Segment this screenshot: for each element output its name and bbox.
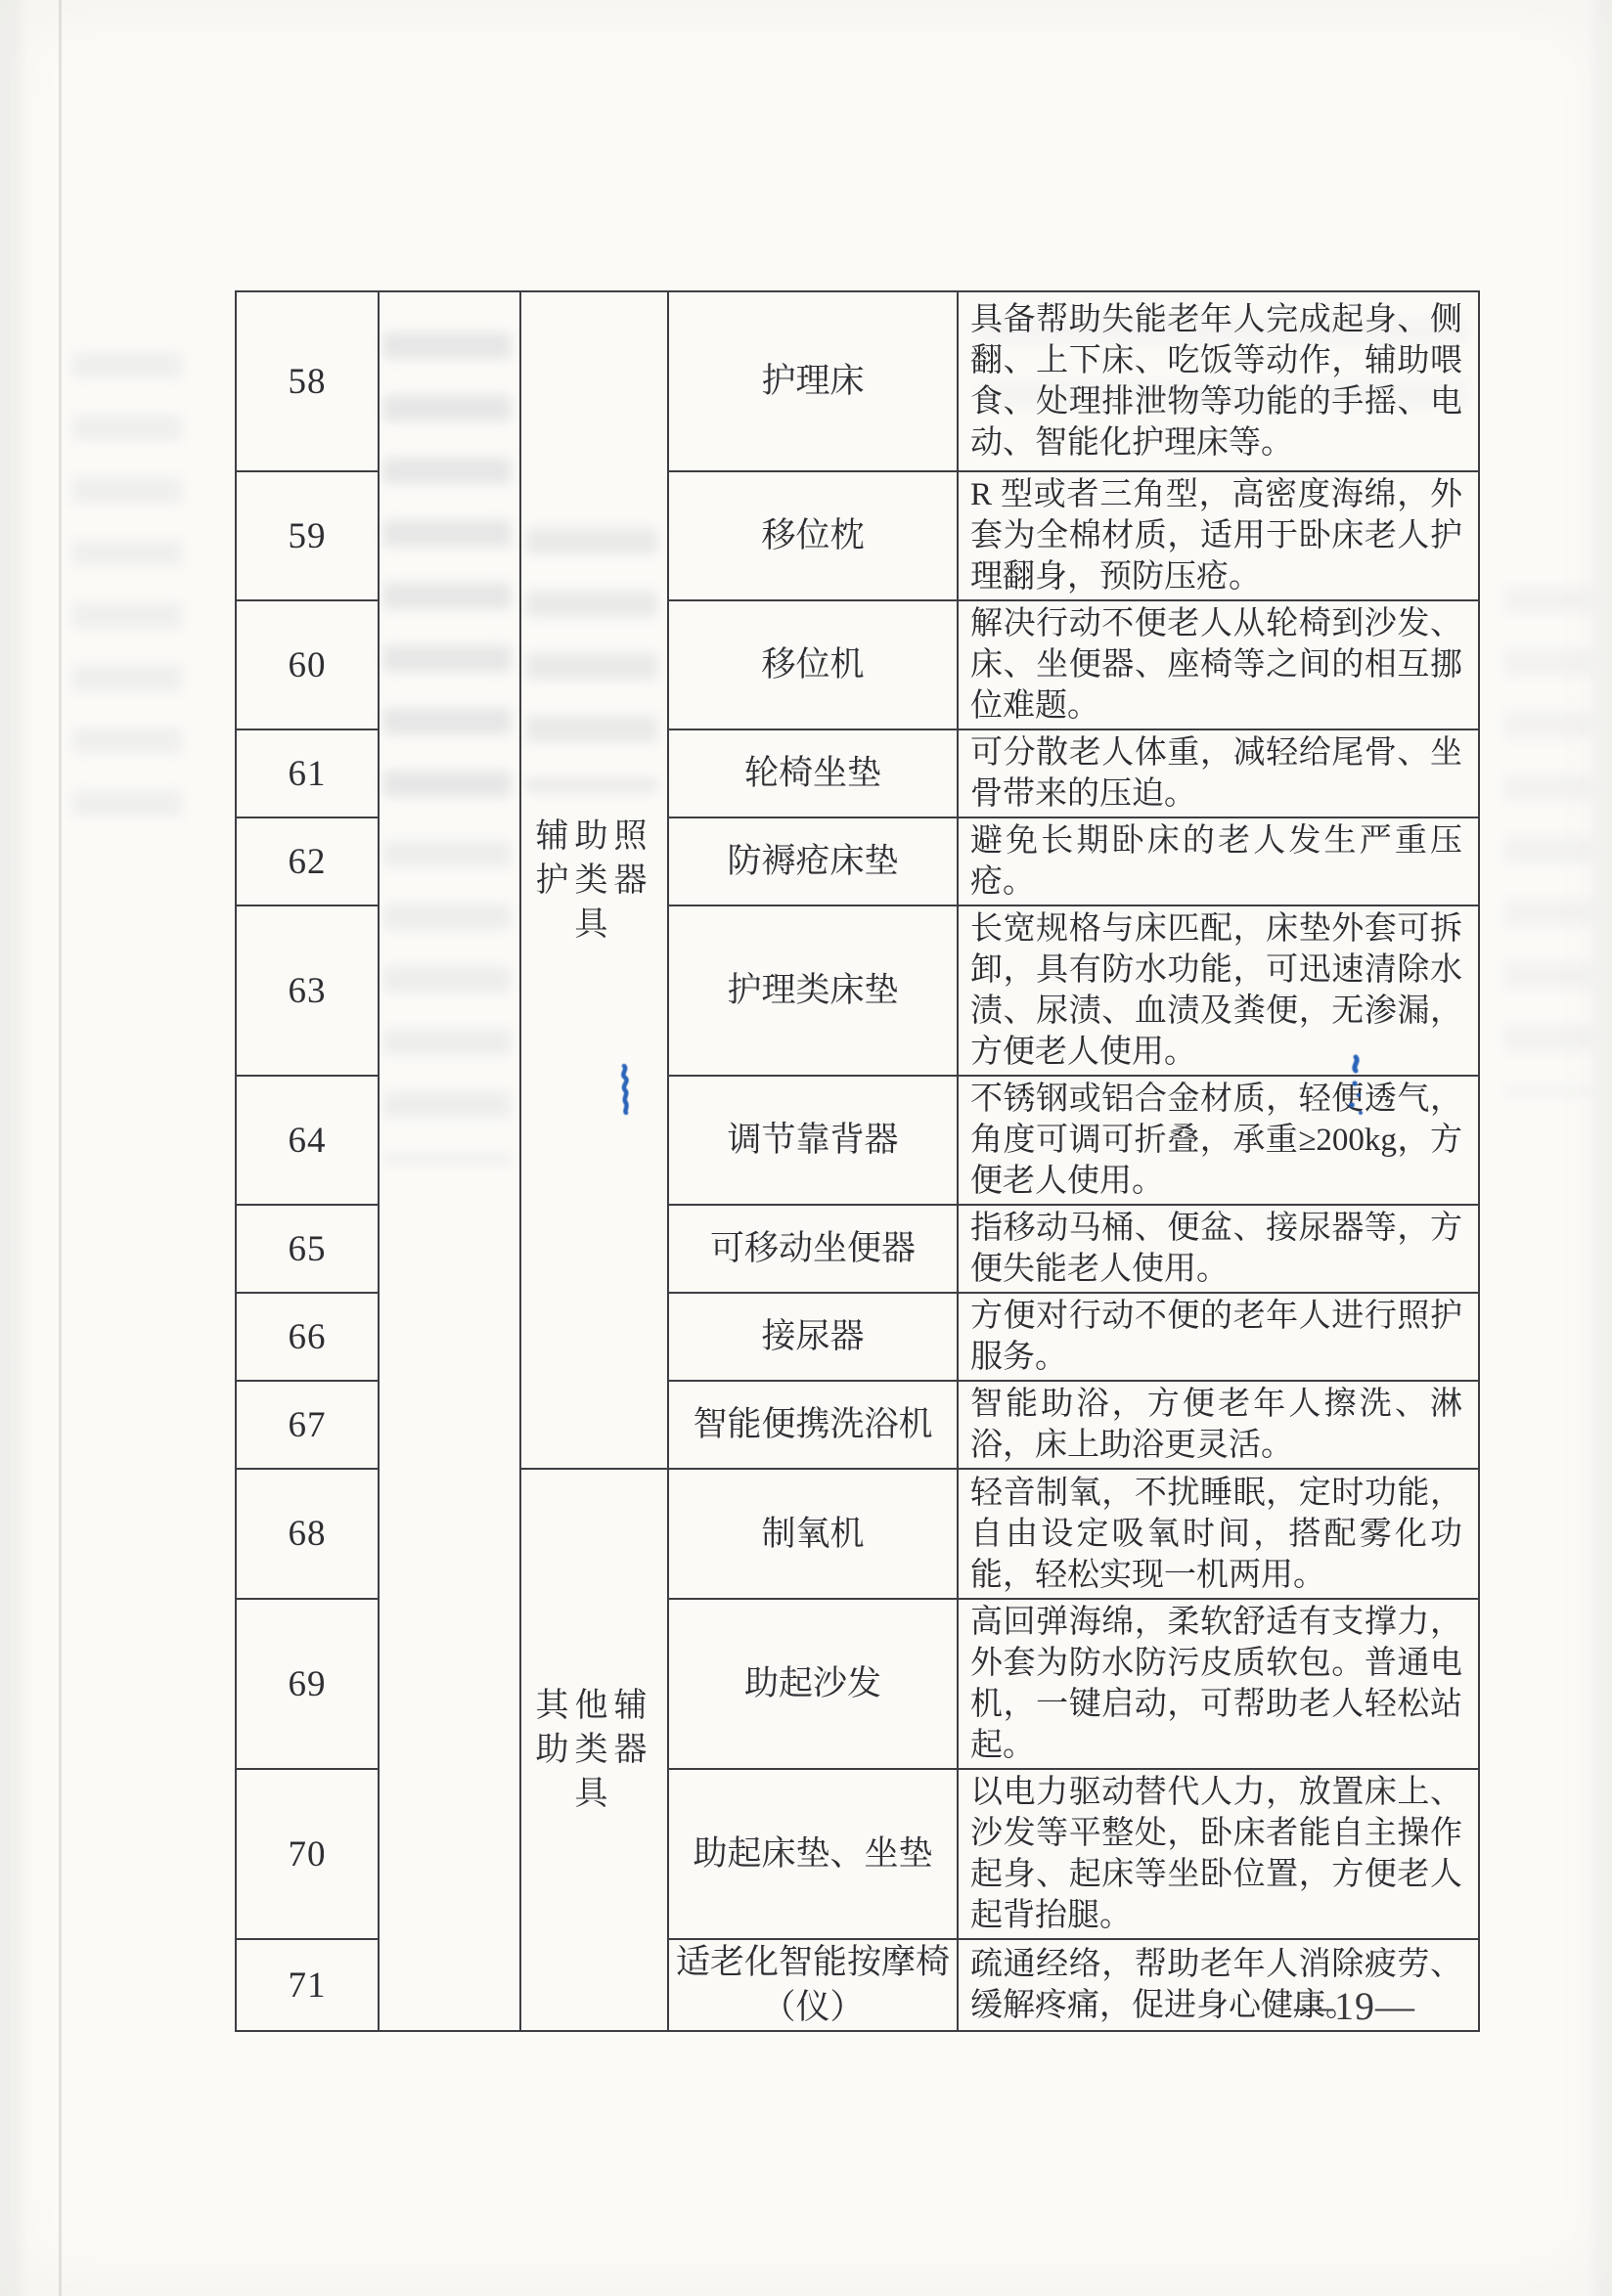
device-description-cell: 避免长期卧床的老人发生严重压疮。 bbox=[958, 817, 1479, 905]
device-description: 以电力驱动替代人力，放置床上、沙发等平整处，卧床者能自主操作起身、起床等坐卧位置… bbox=[959, 1770, 1478, 1938]
row-number-cell: 63 bbox=[236, 905, 379, 1076]
device-name-cell: 助起沙发 bbox=[668, 1599, 958, 1769]
device-name-cell: 调节靠背器 bbox=[668, 1076, 958, 1205]
row-number-cell: 71 bbox=[236, 1939, 379, 2031]
row-number-cell: 69 bbox=[236, 1599, 379, 1769]
bleed-through-smudge bbox=[72, 352, 182, 841]
device-name-cell: 制氧机 bbox=[668, 1469, 958, 1599]
device-name-cell: 移位机 bbox=[668, 600, 958, 729]
row-number-cell: 62 bbox=[236, 817, 379, 905]
device-description-cell: 以电力驱动替代人力，放置床上、沙发等平整处，卧床者能自主操作起身、起床等坐卧位置… bbox=[958, 1769, 1479, 1939]
device-name-cell: 可移动坐便器 bbox=[668, 1205, 958, 1293]
row-number-cell: 68 bbox=[236, 1469, 379, 1599]
device-description-cell: 方便对行动不便的老年人进行照护服务。 bbox=[958, 1293, 1479, 1381]
row-number-cell: 70 bbox=[236, 1769, 379, 1939]
page-number: —19— bbox=[1281, 1983, 1428, 2029]
row-number-cell: 67 bbox=[236, 1381, 379, 1469]
bleed-through-smudge bbox=[1504, 587, 1592, 1095]
assistive-device-table: 58 辅助照护类器具 护理床 具备帮助失能老年人完成起身、侧翻、上下床、吃饭等动… bbox=[235, 290, 1480, 2032]
device-description-cell: 指移动马桶、便盆、接尿器等，方便失能老人使用。 bbox=[958, 1205, 1479, 1293]
device-description-cell: 不锈钢或铝合金材质，轻便透气，角度可调可折叠，承重≥200kg，方便老人使用。 bbox=[958, 1076, 1479, 1205]
parent-category-cell bbox=[379, 291, 520, 2031]
device-description: 不锈钢或铝合金材质，轻便透气，角度可调可折叠，承重≥200kg，方便老人使用。 bbox=[959, 1077, 1478, 1204]
device-name-cell: 移位枕 bbox=[668, 471, 958, 600]
row-number-cell: 65 bbox=[236, 1205, 379, 1293]
device-description: R 型或者三角型，高密度海绵，外套为全棉材质，适用于卧床老人护理翻身，预防压疮。 bbox=[959, 472, 1478, 599]
table-row: 58 辅助照护类器具 护理床 具备帮助失能老年人完成起身、侧翻、上下床、吃饭等动… bbox=[236, 291, 1479, 471]
device-name-cell: 护理床 bbox=[668, 291, 958, 471]
row-number-cell: 59 bbox=[236, 471, 379, 600]
row-number-cell: 61 bbox=[236, 729, 379, 817]
device-name-cell: 护理类床垫 bbox=[668, 905, 958, 1076]
device-description: 轻音制氧，不扰睡眠，定时功能，自由设定吸氧时间，搭配雾化功能，轻松实现一机两用。 bbox=[959, 1471, 1478, 1598]
device-description: 可分散老人体重，减轻给尾骨、坐骨带来的压迫。 bbox=[959, 730, 1478, 817]
device-description: 避免长期卧床的老人发生严重压疮。 bbox=[959, 818, 1478, 905]
device-description: 具备帮助失能老年人完成起身、侧翻、上下床、吃饭等动作，辅助喂食、处理排泄物等功能… bbox=[959, 297, 1478, 465]
device-name-cell: 防褥疮床垫 bbox=[668, 817, 958, 905]
device-description-cell: 轻音制氧，不扰睡眠，定时功能，自由设定吸氧时间，搭配雾化功能，轻松实现一机两用。 bbox=[958, 1469, 1479, 1599]
row-number-cell: 58 bbox=[236, 291, 379, 471]
device-description-cell: 长宽规格与床匹配，床垫外套可拆卸，具有防水功能，可迅速清除水渍、尿渍、血渍及粪便… bbox=[958, 905, 1479, 1076]
page-fold-line bbox=[59, 0, 62, 2296]
device-description-cell: R 型或者三角型，高密度海绵，外套为全棉材质，适用于卧床老人护理翻身，预防压疮。 bbox=[958, 471, 1479, 600]
device-description: 高回弹海绵，柔软舒适有支撑力，外套为防水防污皮质软包。普通电机，一键启动，可帮助… bbox=[959, 1600, 1478, 1768]
device-description: 智能助浴，方便老年人擦洗、淋浴，床上助浴更灵活。 bbox=[959, 1382, 1478, 1468]
device-name-cell: 接尿器 bbox=[668, 1293, 958, 1381]
device-name-cell: 适老化智能按摩椅（仪） bbox=[668, 1939, 958, 2031]
category-label: 辅助照护类器具 bbox=[534, 815, 655, 947]
device-description: 解决行动不便老人从轮椅到沙发、床、坐便器、座椅等之间的相互挪位难题。 bbox=[959, 601, 1478, 729]
device-description: 方便对行动不便的老年人进行照护服务。 bbox=[959, 1294, 1478, 1380]
row-number-cell: 64 bbox=[236, 1076, 379, 1205]
scanned-document-page: 58 辅助照护类器具 护理床 具备帮助失能老年人完成起身、侧翻、上下床、吃饭等动… bbox=[0, 0, 1612, 2296]
category-cell: 辅助照护类器具 bbox=[520, 291, 668, 1469]
device-description: 长宽规格与床匹配，床垫外套可拆卸，具有防水功能，可迅速清除水渍、尿渍、血渍及粪便… bbox=[959, 906, 1478, 1075]
device-description-cell: 具备帮助失能老年人完成起身、侧翻、上下床、吃饭等动作，辅助喂食、处理排泄物等功能… bbox=[958, 291, 1479, 471]
device-name-cell: 智能便携洗浴机 bbox=[668, 1381, 958, 1469]
device-description: 指移动马桶、便盆、接尿器等，方便失能老人使用。 bbox=[959, 1206, 1478, 1292]
device-name-cell: 轮椅坐垫 bbox=[668, 729, 958, 817]
row-number-cell: 66 bbox=[236, 1293, 379, 1381]
row-number-cell: 60 bbox=[236, 600, 379, 729]
device-description-cell: 解决行动不便老人从轮椅到沙发、床、坐便器、座椅等之间的相互挪位难题。 bbox=[958, 600, 1479, 729]
category-label: 其他辅助类器具 bbox=[534, 1684, 655, 1816]
device-description-cell: 智能助浴，方便老年人擦洗、淋浴，床上助浴更灵活。 bbox=[958, 1381, 1479, 1469]
category-cell: 其他辅助类器具 bbox=[520, 1469, 668, 2031]
device-name-cell: 助起床垫、坐垫 bbox=[668, 1769, 958, 1939]
device-description-cell: 高回弹海绵，柔软舒适有支撑力，外套为防水防污皮质软包。普通电机，一键启动，可帮助… bbox=[958, 1599, 1479, 1769]
device-description-cell: 可分散老人体重，减轻给尾骨、坐骨带来的压迫。 bbox=[958, 729, 1479, 817]
